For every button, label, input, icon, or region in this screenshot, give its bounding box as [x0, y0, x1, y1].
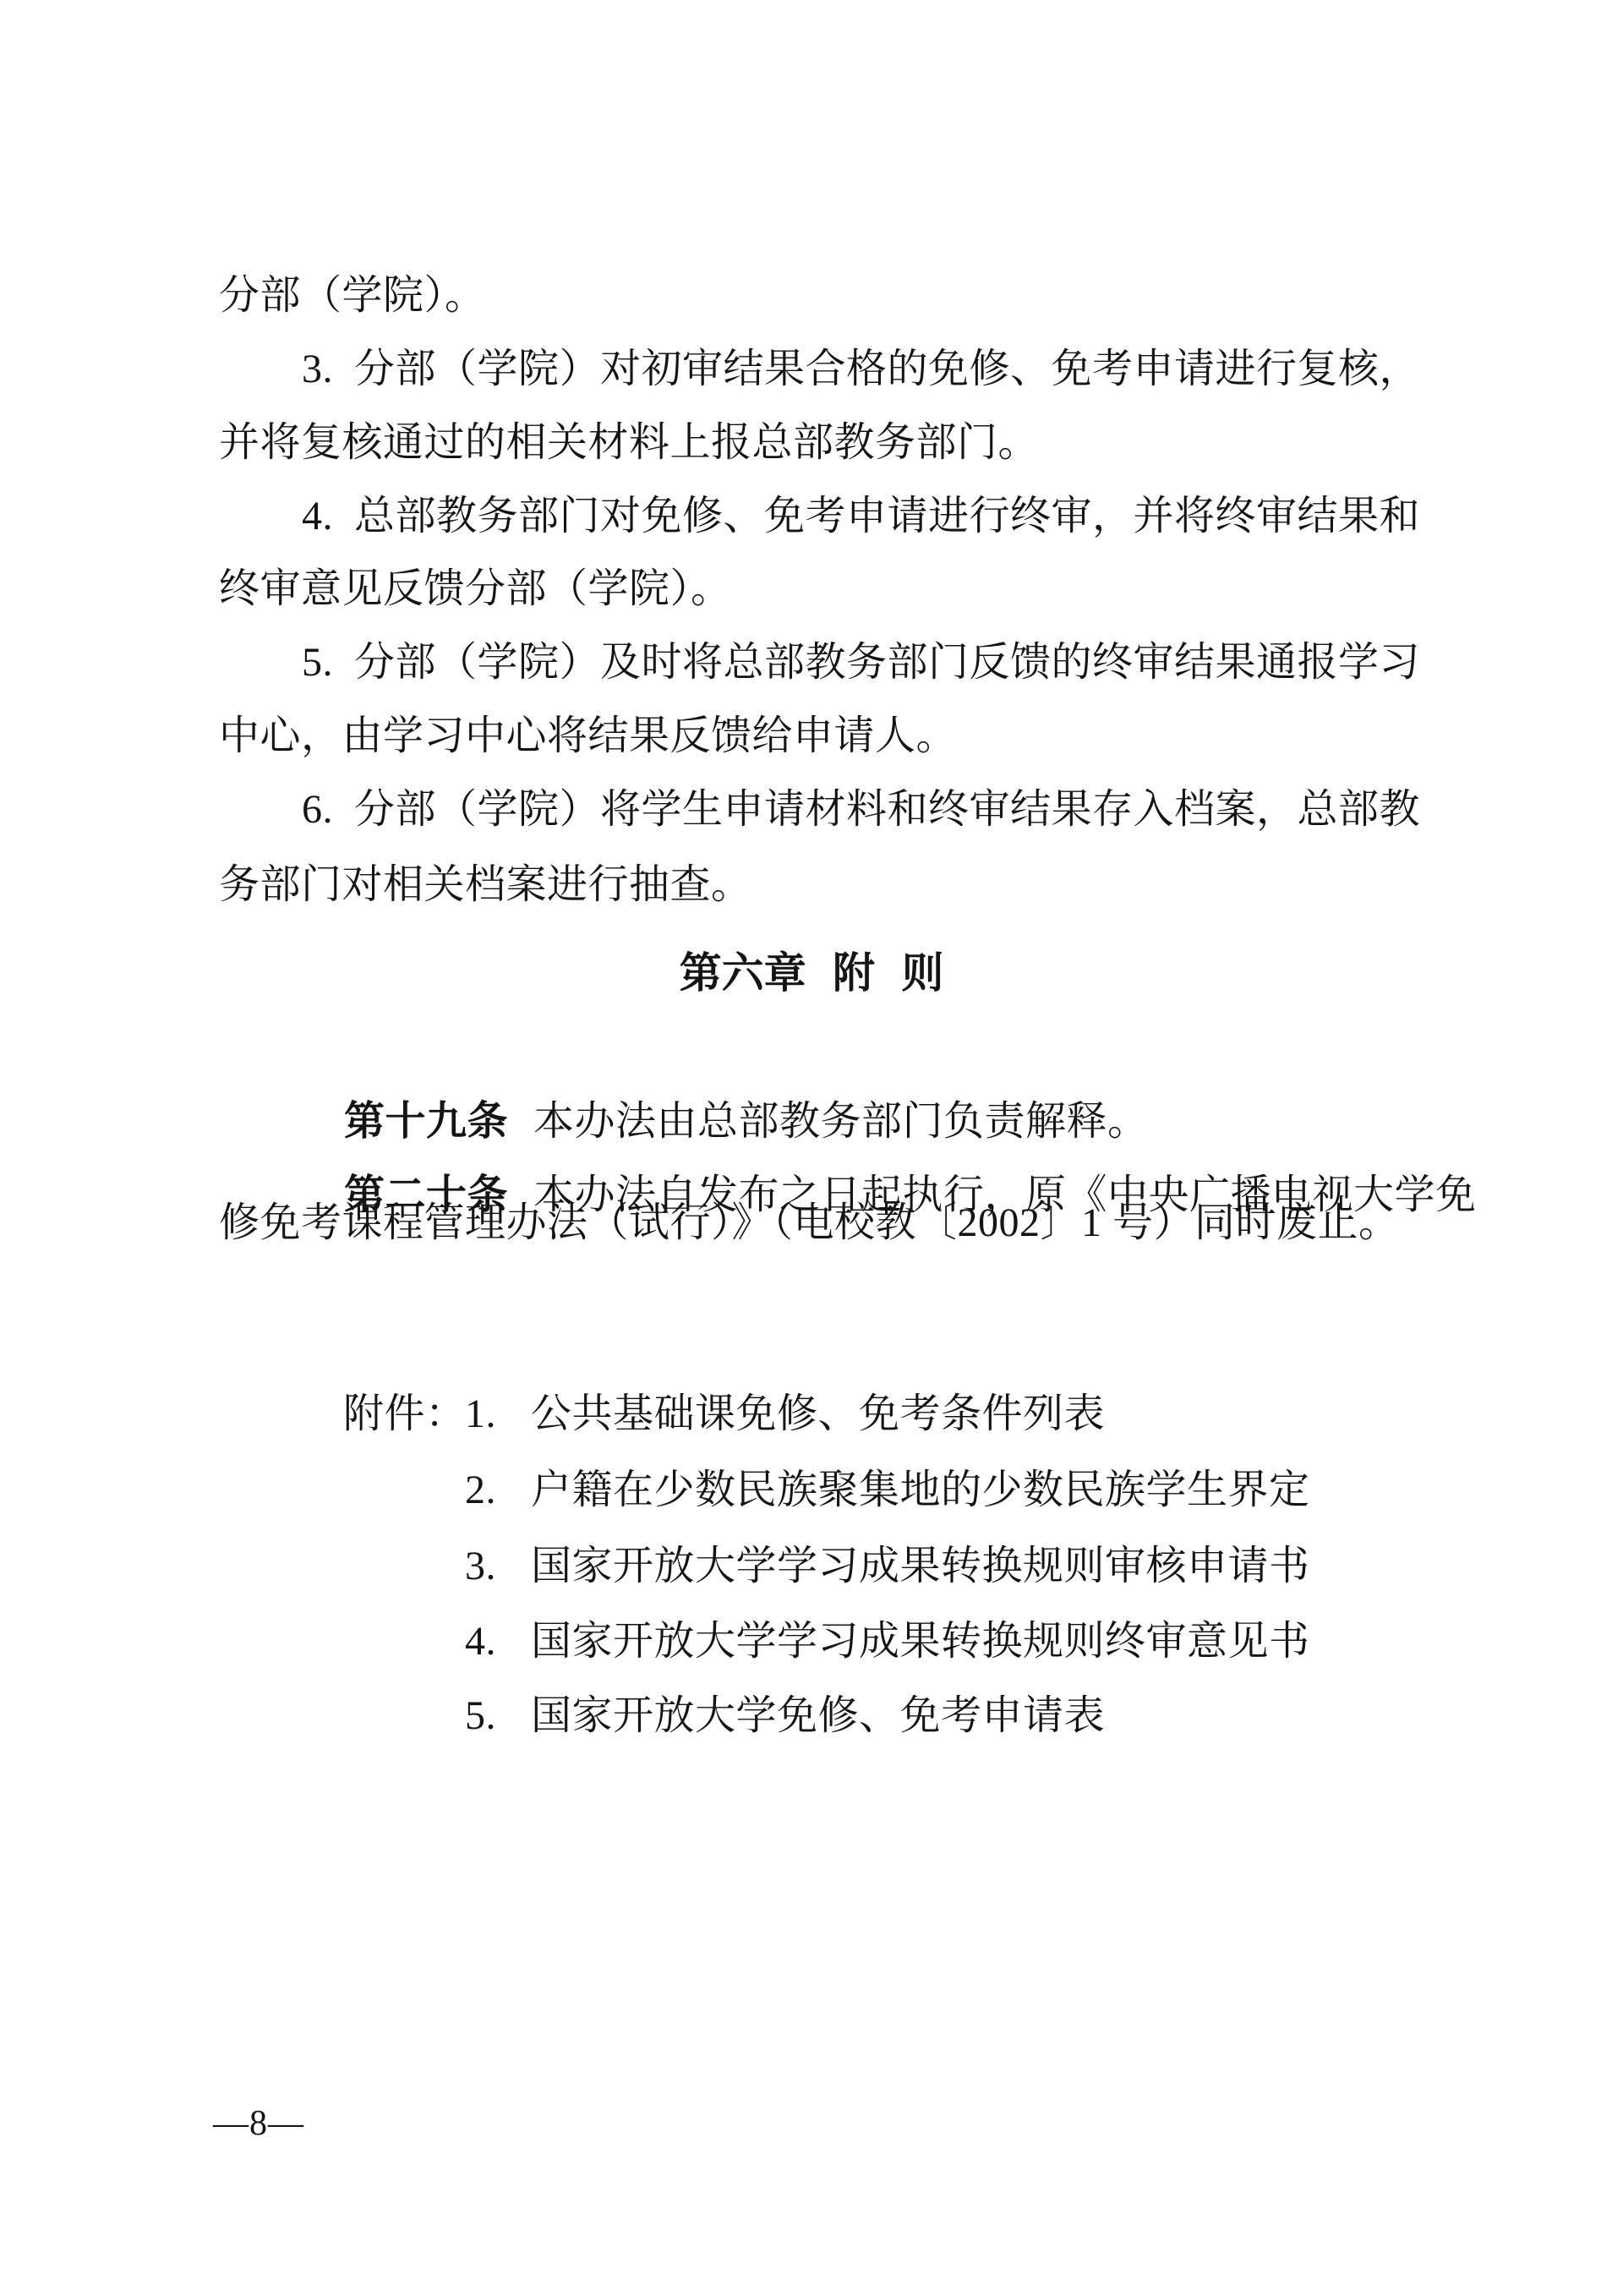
article-20-continuation: 修免考课程管理办法（试行）》（电校教〔2002〕1 号）同时废止。: [219, 1200, 1400, 1246]
page-number: —8—: [213, 2103, 304, 2144]
attachment-item-5: 5.国家开放大学免修、免考申请表: [301, 1646, 1105, 1786]
body-line-numbered-4: 4. 总部教务部门对免修、免考申请进行终审，并将终审结果和: [302, 493, 1420, 539]
attachment-number: 5.: [465, 1692, 531, 1739]
body-line-numbered-3: 3. 分部（学院）对初审结果合格的免修、免考申请进行复核，: [302, 346, 1420, 392]
document-page: 分部（学院）。 3. 分部（学院）对初审结果合格的免修、免考申请进行复核， 并将…: [0, 0, 1623, 2296]
chapter-heading: 第六章 附 则: [0, 950, 1623, 997]
body-line: 并将复核通过的相关材料上报总部教务部门。: [219, 419, 1039, 466]
body-line: 中心，由学习中心将结果反馈给申请人。: [219, 713, 957, 759]
body-line: 分部（学院）。: [219, 272, 486, 319]
body-line: 务部门对相关档案进行抽查。: [219, 861, 752, 908]
body-line-numbered-5: 5. 分部（学院）及时将总部教务部门反馈的终审结果通报学习: [302, 639, 1420, 686]
body-line-numbered-6: 6. 分部（学院）将学生申请材料和终审结果存入档案，总部教: [302, 786, 1420, 833]
body-line: 终审意见反馈分部（学院）。: [219, 566, 732, 612]
attachment-text: 国家开放大学免修、免考申请表: [531, 1693, 1105, 1738]
